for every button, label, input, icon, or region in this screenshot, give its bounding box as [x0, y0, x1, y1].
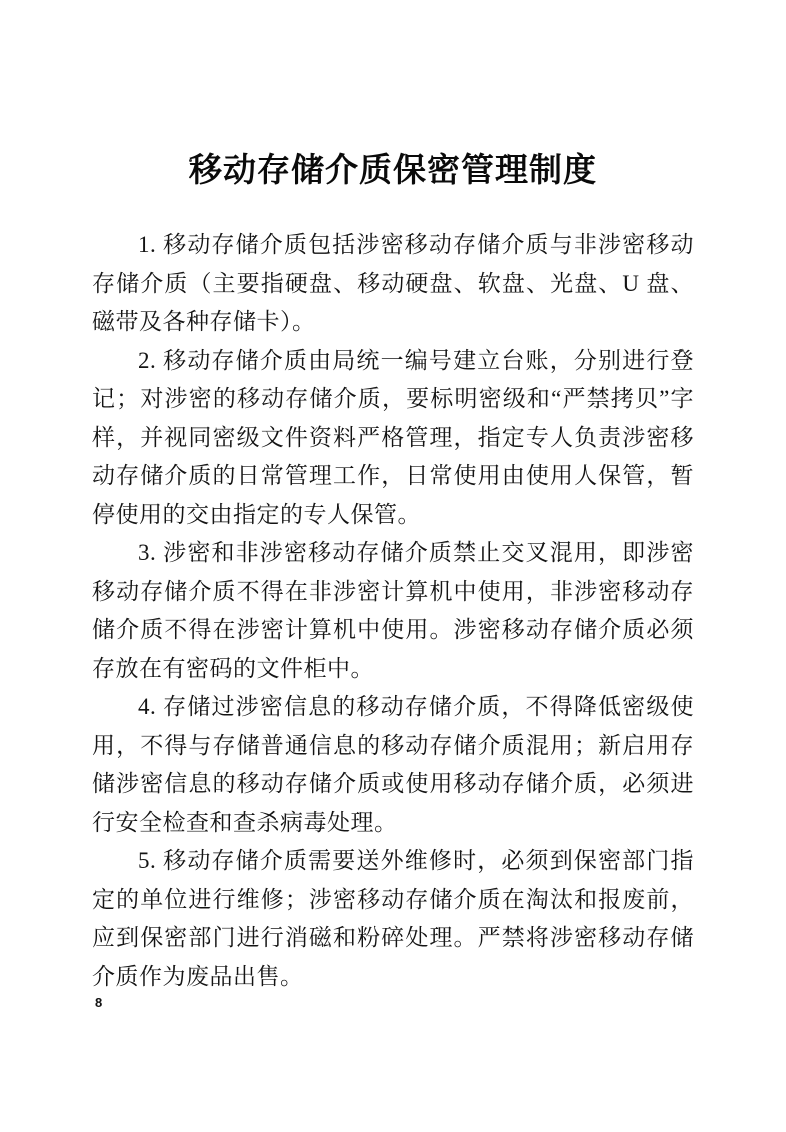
paragraph-4: 4. 存储过涉密信息的移动存储介质，不得降低密级使用，不得与存储普通信息的移动存… — [92, 688, 694, 842]
page-number: 8 — [95, 995, 102, 1010]
page-title: 移动存储介质保密管理制度 — [0, 144, 786, 191]
paragraph-5: 5. 移动存储介质需要送外维修时，必须到保密部门指定的单位进行维修；涉密移动存储… — [92, 842, 694, 996]
scan-speck — [679, 349, 683, 352]
scan-speck — [189, 159, 192, 162]
document-body: 1. 移动存储介质包括涉密移动存储介质与非涉密移动存储介质（主要指硬盘、移动硬盘… — [92, 226, 694, 996]
paragraph-1: 1. 移动存储介质包括涉密移动存储介质与非涉密移动存储介质（主要指硬盘、移动硬盘… — [92, 226, 694, 342]
document-page: 移动存储介质保密管理制度 1. 移动存储介质包括涉密移动存储介质与非涉密移动存储… — [0, 0, 786, 1132]
paragraph-3: 3. 涉密和非涉密移动存储介质禁止交叉混用，即涉密移动存储介质不得在非涉密计算机… — [92, 534, 694, 688]
paragraph-2: 2. 移动存储介质由局统一编号建立台账，分别进行登记；对涉密的移动存储介质，要标… — [92, 342, 694, 535]
